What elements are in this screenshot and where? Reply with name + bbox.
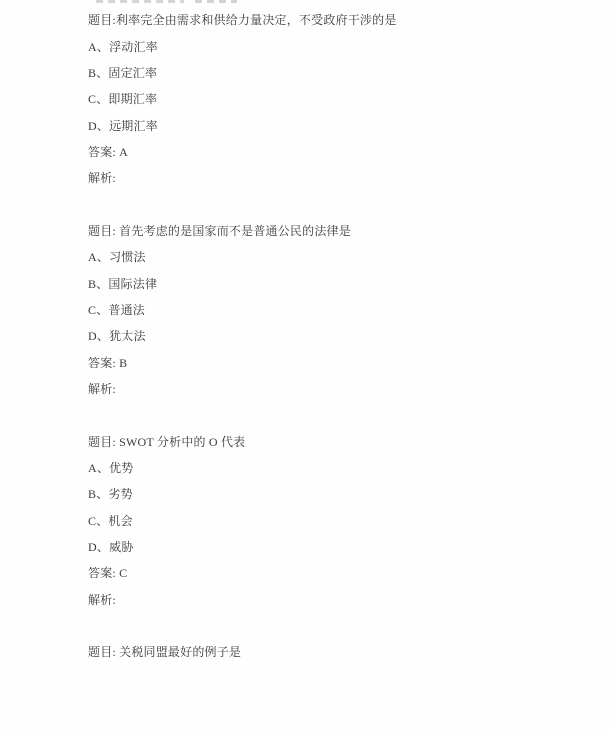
clipped-text-segment [96, 0, 184, 3]
option-line: A、优势 [88, 454, 572, 480]
question-title: 题目:利率完全由需求和供给力量决定，不受政府干涉的是 [88, 7, 572, 33]
clipped-text-remnant [96, 0, 237, 3]
option-line: C、即期汇率 [88, 86, 572, 112]
option-line: D、犹太法 [88, 323, 572, 349]
analysis-line: 解析: [88, 586, 572, 612]
option-line: A、浮动汇率 [88, 33, 572, 59]
option-line: C、普通法 [88, 296, 572, 322]
block-spacer [88, 612, 572, 638]
block-spacer [88, 191, 572, 217]
analysis-line: 解析: [88, 375, 572, 401]
answer-line: 答案: C [88, 560, 572, 586]
option-line: B、劣势 [88, 481, 572, 507]
question-title: 题目: SWOT 分析中的 O 代表 [88, 428, 572, 454]
document-page: 题目:利率完全由需求和供给力量决定，不受政府干涉的是A、浮动汇率B、固定汇率C、… [0, 0, 612, 732]
option-line: D、威胁 [88, 533, 572, 559]
analysis-line: 解析: [88, 165, 572, 191]
option-line: B、固定汇率 [88, 59, 572, 85]
answer-line: 答案: B [88, 349, 572, 375]
question-title: 题目: 关税同盟最好的例子是 [88, 639, 572, 665]
option-line: C、机会 [88, 507, 572, 533]
option-line: A、习惯法 [88, 244, 572, 270]
option-line: D、远期汇率 [88, 112, 572, 138]
clipped-text-segment [195, 0, 237, 3]
question-list: 题目:利率完全由需求和供给力量决定，不受政府干涉的是A、浮动汇率B、固定汇率C、… [0, 0, 612, 665]
block-spacer [88, 402, 572, 428]
answer-line: 答案: A [88, 138, 572, 164]
option-line: B、国际法律 [88, 270, 572, 296]
question-title: 题目: 首先考虑的是国家而不是普通公民的法律是 [88, 217, 572, 243]
